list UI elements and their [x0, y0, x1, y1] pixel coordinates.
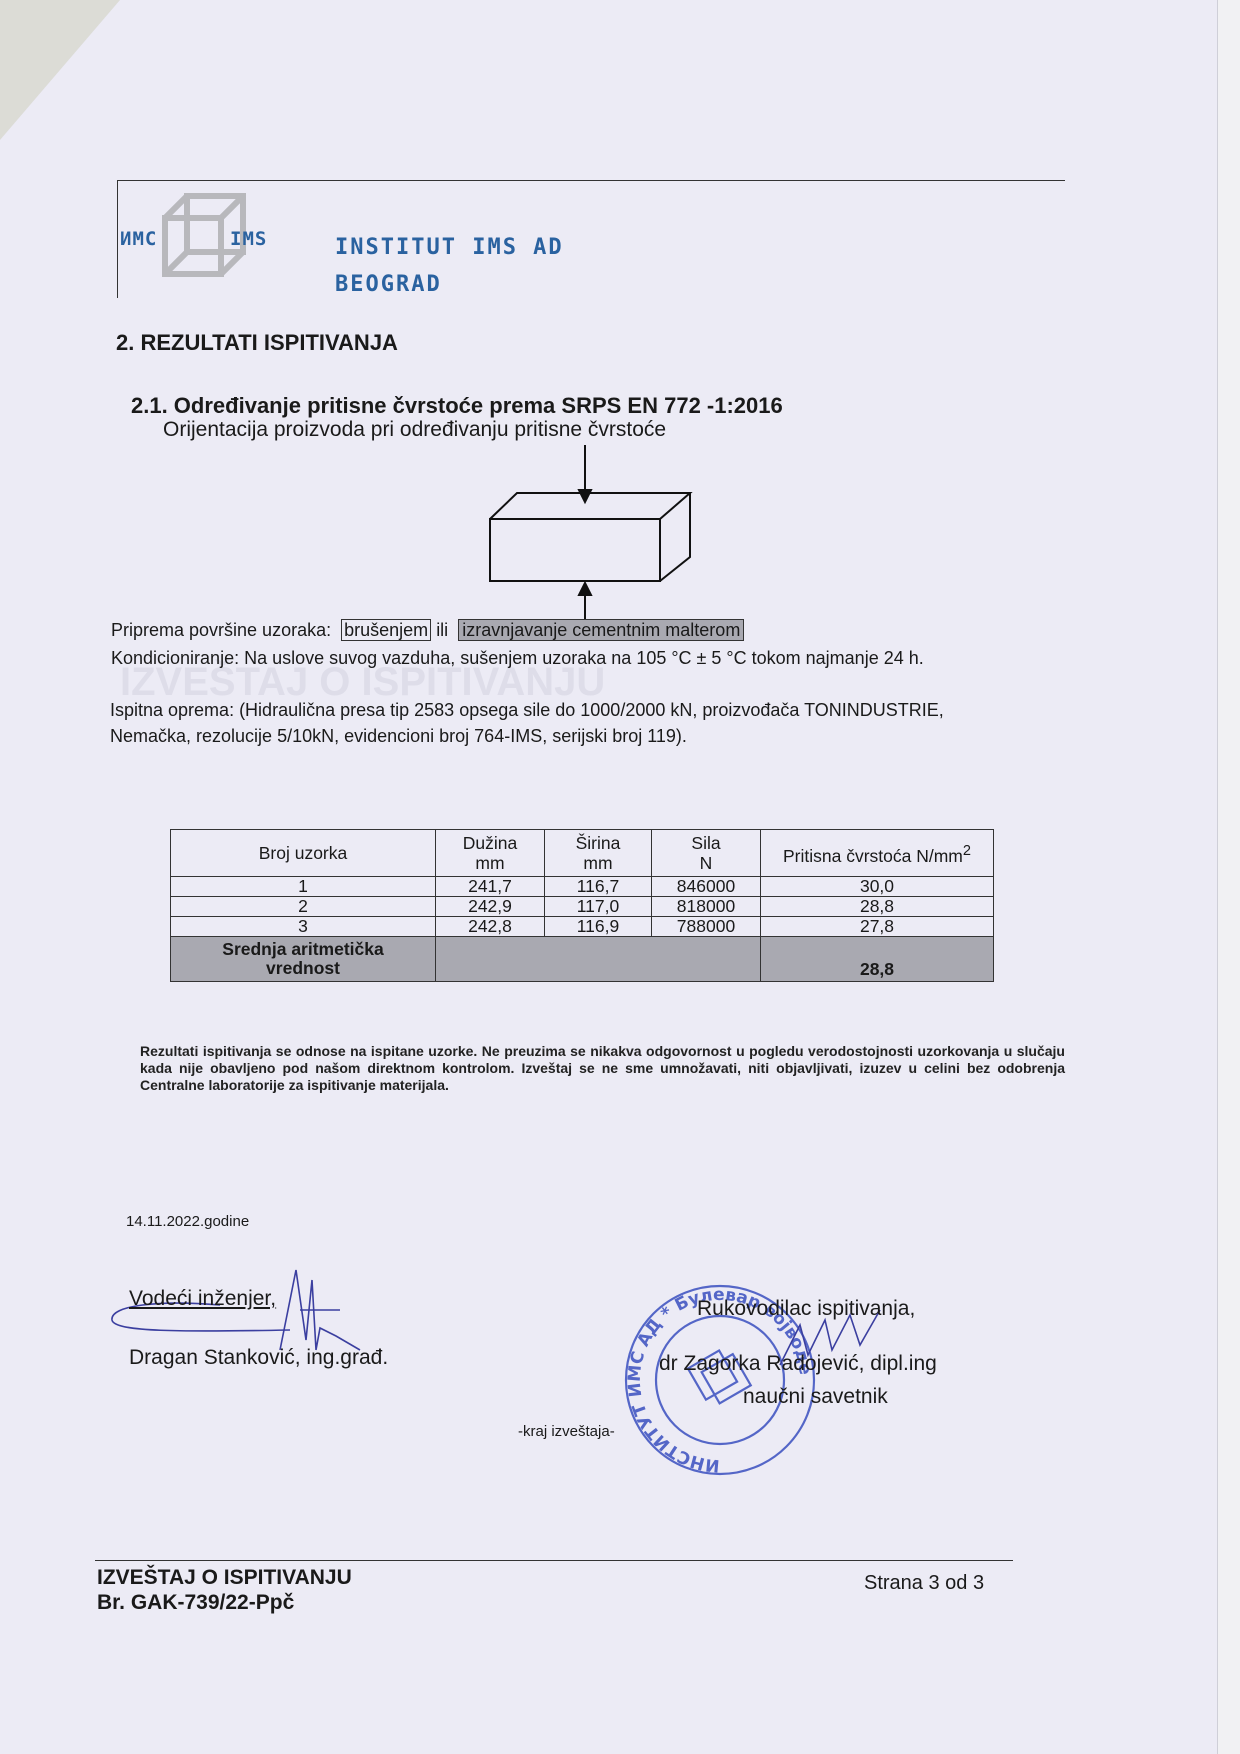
option-grinding: brušenjem — [341, 619, 431, 641]
header-strength: Pritisna čvrstoća N/mm2 — [761, 830, 994, 877]
header-sample: Broj uzorka — [171, 830, 436, 877]
left-signatory-name: Dragan Stanković, ing.građ. — [129, 1346, 388, 1370]
scanner-edge — [1217, 0, 1240, 1754]
table-row: 3242,8116,978800027,8 — [171, 917, 994, 937]
header-left-rule — [117, 180, 118, 298]
average-label: Srednja aritmetičkavrednost — [171, 937, 436, 982]
table-row: 2242,9117,081800028,8 — [171, 897, 994, 917]
section-title: 2. REZULTATI ISPITIVANJA — [116, 330, 398, 356]
footer-report-number: Br. GAK-739/22-Ppč — [97, 1591, 294, 1615]
page-number: Strana 3 od 3 — [864, 1572, 984, 1595]
document-page: IZVEŠTAJ O ISPITIVANJU ИМС IMS INSTITUT … — [0, 0, 1220, 1754]
table-row: 1241,7116,784600030,0 — [171, 877, 994, 897]
subsection-subtitle: Orijentacija proizvoda pri određivanju p… — [163, 418, 666, 442]
preparation-label: Priprema površine uzoraka: — [111, 620, 331, 640]
header-rule — [117, 180, 1065, 181]
average-row: Srednja aritmetičkavrednost 28,8 — [171, 937, 994, 982]
option-cement-mortar-selected: izravnjavanje cementnim malterom — [458, 619, 744, 641]
logo-latin: IMS — [230, 228, 267, 250]
header-force: SilaN — [652, 830, 761, 877]
results-table: Broj uzorka Dužinamm Širinamm SilaN Prit… — [170, 829, 994, 982]
footer-rule — [95, 1560, 1013, 1561]
folded-corner — [0, 0, 120, 140]
equipment-line-2: Nemačka, rezolucije 5/10kN, evidencioni … — [110, 726, 687, 747]
header-width: Širinamm — [545, 830, 652, 877]
subsection-title: 2.1. Određivanje pritisne čvrstoće prema… — [131, 393, 783, 419]
report-date: 14.11.2022.godine — [126, 1213, 249, 1230]
specimen-orientation-diagram — [480, 440, 710, 630]
end-of-report: -kraj izveštaja- — [518, 1423, 615, 1440]
table-header-row: Broj uzorka Dužinamm Širinamm SilaN Prit… — [171, 830, 994, 877]
disclaimer: Rezultati ispitivanja se odnose na ispit… — [140, 1043, 1065, 1094]
left-signatory-role: Vodeći inženjer, — [129, 1287, 276, 1311]
right-signatory-name: dr Zagorka Radojević, dipl.ing — [659, 1352, 937, 1376]
institute-city: BEOGRAD — [335, 272, 442, 297]
conditioning-text: Kondicioniranje: Na uslove suvog vazduha… — [111, 648, 924, 669]
logo-cyrillic: ИМС — [120, 228, 157, 250]
equipment-line-1: Ispitna oprema: (Hidraulična presa tip 2… — [110, 700, 944, 721]
average-value: 28,8 — [761, 937, 994, 982]
average-empty — [436, 937, 761, 982]
right-signatory-role: Rukovodilac ispitivanja, — [697, 1297, 915, 1321]
header-length: Dužinamm — [436, 830, 545, 877]
option-connector: ili — [436, 620, 448, 640]
surface-preparation: Priprema površine uzoraka: brušenjem ili… — [111, 620, 744, 641]
institute-name: INSTITUT IMS AD — [335, 235, 564, 260]
right-signatory-title: naučni savetnik — [743, 1385, 888, 1409]
footer-report-title: IZVEŠTAJ O ISPITIVANJU — [97, 1566, 352, 1590]
